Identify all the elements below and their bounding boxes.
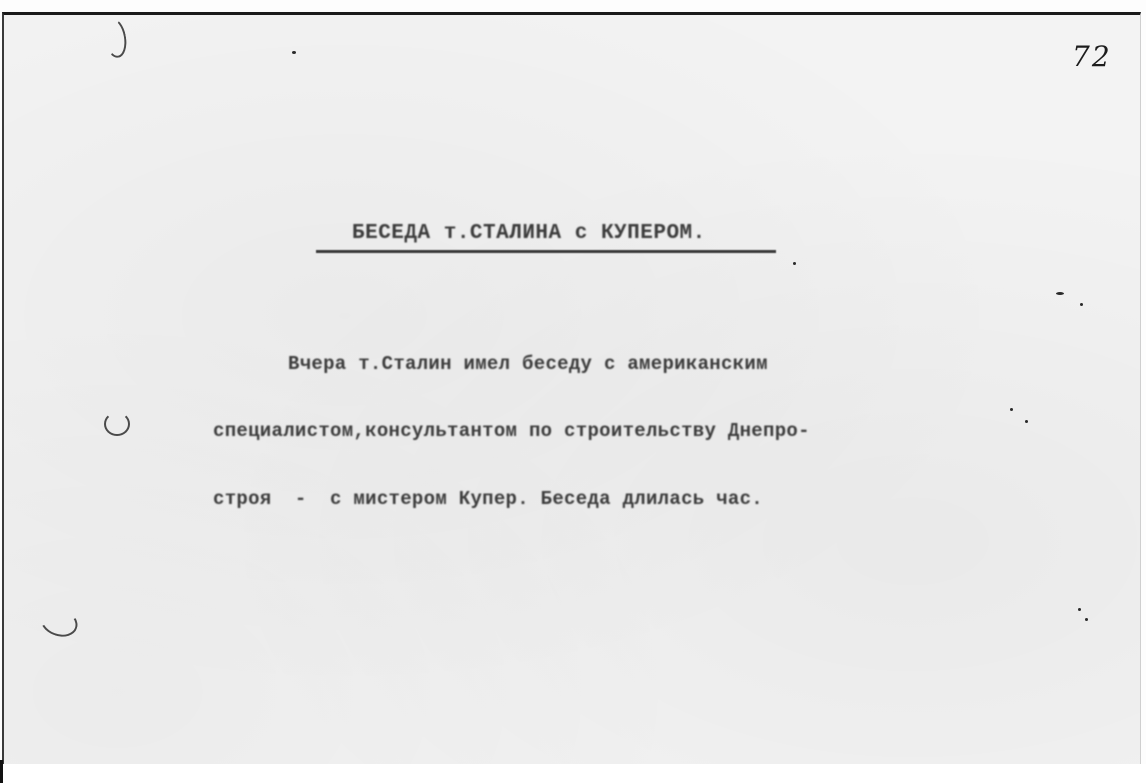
scan-speck — [1010, 408, 1013, 411]
body-line-1: Вчера т.Сталин имел беседу с американски… — [288, 353, 768, 375]
body-line-3: строя - с мистером Купер. Беседа длилась… — [213, 488, 763, 510]
document-title: БЕСЕДА т.СТАЛИНА с КУПЕРОМ. — [352, 222, 706, 245]
scan-speck — [1085, 618, 1088, 621]
title-underline — [316, 250, 776, 253]
scan-speck — [1056, 292, 1064, 295]
scan-speck — [1078, 608, 1081, 611]
scanned-page: 72 БЕСЕДА т.СТАЛИНА с КУПЕРОМ. Вчера т.С… — [0, 0, 1146, 783]
scan-margin — [0, 764, 1146, 783]
scan-speck — [793, 262, 796, 265]
paper-sheet — [2, 12, 1141, 767]
scan-speck — [292, 51, 296, 54]
scan-artifact-curl — [104, 412, 130, 436]
handwritten-page-number: 72 — [1072, 40, 1112, 73]
scan-edge — [0, 760, 3, 783]
scan-speck — [1080, 303, 1083, 306]
body-line-2: специалистом,консультантом по строительс… — [213, 420, 810, 442]
scan-speck — [1025, 420, 1028, 423]
